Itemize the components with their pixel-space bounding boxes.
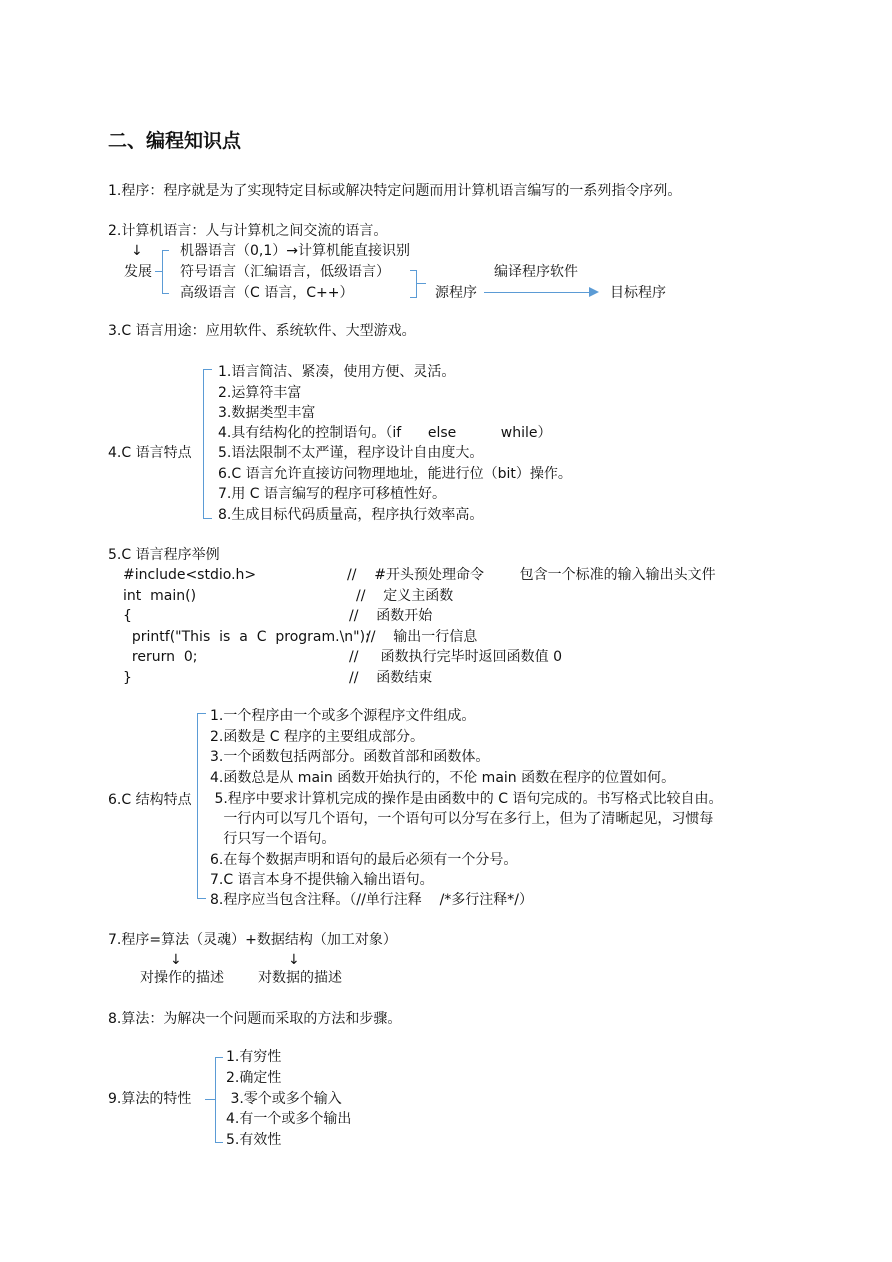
- trait-1: 1.有穷性: [226, 1047, 281, 1067]
- code-comment: // 函数开始: [349, 606, 432, 626]
- structure-3: 3.一个函数包括两部分。函数首部和函数体。: [210, 747, 489, 767]
- algorithm-desc: 对操作的描述: [140, 968, 224, 988]
- code-line: int main(): [123, 586, 196, 606]
- trait-2: 2.确定性: [226, 1068, 281, 1088]
- feature-2: 2.运算符丰富: [218, 383, 301, 403]
- structure-5-cont: 行只写一个语句。: [210, 829, 335, 849]
- c-features-label: 4.C 语言特点: [108, 443, 192, 463]
- code-line: }: [123, 668, 132, 688]
- lang-item-2: 符号语言（汇编语言，低级语言）: [180, 262, 390, 282]
- arrow-line: [484, 292, 590, 293]
- bracket-left-icon: [203, 369, 212, 519]
- bracket-tick: [205, 1099, 215, 1100]
- lang-item-3: 高级语言（C 语言，C++）: [180, 283, 353, 303]
- structure-4: 4.函数总是从 main 函数开始执行的，不伦 main 函数在程序的位置如何。: [210, 768, 675, 788]
- item-2-heading: 2.计算机语言：人与计算机之间交流的语言。: [108, 221, 387, 241]
- trait-4: 4.有一个或多个输出: [226, 1109, 351, 1129]
- bracket-tick: [155, 271, 163, 272]
- source-program: 源程序: [435, 283, 477, 303]
- code-line: #include<stdio.h>: [123, 565, 256, 585]
- code-line: {: [123, 606, 132, 626]
- code-comment: // 函数执行完毕时返回函数值 0: [349, 647, 562, 667]
- structure-8: 8.程序应当包含注释。（//单行注释 /*多行注释*/）: [210, 890, 533, 910]
- structure-5: 5.程序中要求计算机完成的操作是由函数中的 C 语句完成的。书写格式比较自由。: [210, 789, 722, 809]
- bracket-tick: [416, 283, 426, 284]
- structure-5-cont: 一行内可以写几个语句，一个语句可以分写在多行上，但为了清晰起见，习惯每: [210, 809, 713, 829]
- feature-6: 6.C 语言允许直接访问物理地址，能进行位（bit）操作。: [218, 464, 572, 484]
- target-program: 目标程序: [610, 283, 666, 303]
- trait-5: 5.有效性: [226, 1130, 281, 1150]
- item-8-algorithm: 8.算法：为解决一个问题而采取的方法和步骤。: [108, 1009, 401, 1029]
- algorithm-traits-label: 9.算法的特性: [108, 1089, 191, 1109]
- down-arrow-icon: ↓: [288, 950, 300, 970]
- code-comment: // 输出一行信息: [366, 627, 477, 647]
- feature-5: 5.语法限制不太严谨，程序设计自由度大。: [218, 443, 483, 463]
- bracket-right-icon: [410, 270, 417, 298]
- compiler-label: 编译程序软件: [494, 262, 578, 282]
- code-line: printf("This is a C program.\n");: [123, 627, 370, 647]
- item-5-heading: 5.C 语言程序举例: [108, 545, 220, 565]
- c-structure-label: 6.C 结构特点: [108, 790, 192, 810]
- feature-1: 1.语言简洁、紧凑，使用方便、灵活。: [218, 362, 455, 382]
- trait-3: 3.零个或多个输入: [226, 1089, 342, 1109]
- code-comment: // 定义主函数: [356, 586, 453, 606]
- bracket-left-icon: [215, 1057, 223, 1143]
- structure-6: 6.在每个数据声明和语句的最后必须有一个分号。: [210, 850, 517, 870]
- code-comment: // 函数结束: [349, 668, 432, 688]
- feature-8: 8.生成目标代码质量高，程序执行效率高。: [218, 505, 483, 525]
- lang-item-1: 机器语言（0,1）→计算机能直接识别: [180, 241, 410, 261]
- develop-label: 发展: [124, 262, 152, 282]
- feature-4: 4.具有结构化的控制语句。（if else while）: [218, 423, 552, 443]
- item-7-heading: 7.程序=算法（灵魂）+数据结构（加工对象）: [108, 930, 397, 950]
- structure-1: 1.一个程序由一个或多个源程序文件组成。: [210, 706, 475, 726]
- data-structure-desc: 对数据的描述: [258, 968, 342, 988]
- structure-2: 2.函数是 C 程序的主要组成部分。: [210, 727, 424, 747]
- code-line: rerurn 0;: [123, 647, 198, 667]
- structure-7: 7.C 语言本身不提供输入输出语句。: [210, 870, 434, 890]
- bracket-left-icon: [197, 713, 206, 899]
- section-title: 二、编程知识点: [108, 131, 241, 151]
- down-arrow-icon: ↓: [131, 241, 143, 261]
- feature-7: 7.用 C 语言编写的程序可移植性好。: [218, 484, 446, 504]
- item-3-usage: 3.C 语言用途：应用软件、系统软件、大型游戏。: [108, 321, 416, 341]
- arrow-right-icon: [589, 287, 599, 297]
- down-arrow-icon: ↓: [170, 950, 182, 970]
- code-comment: // #开头预处理命令 包含一个标准的输入输出头文件: [347, 565, 716, 585]
- item-1-program: 1.程序：程序就是为了实现特定目标或解决特定问题而用计算机语言编写的一系列指令序…: [108, 181, 681, 201]
- feature-3: 3.数据类型丰富: [218, 403, 315, 423]
- bracket-left-icon: [162, 250, 169, 294]
